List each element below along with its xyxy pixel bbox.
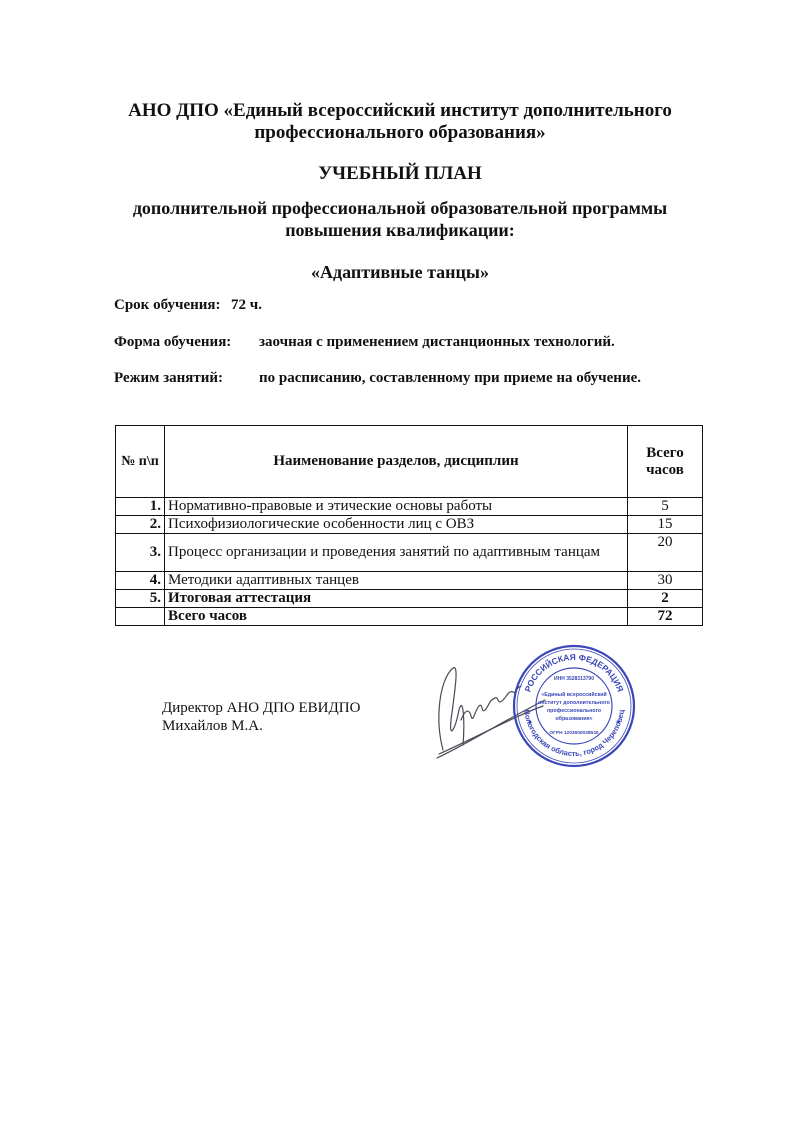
info-value: 72 ч. xyxy=(231,297,262,314)
org-name-line1: АНО ДПО «Единый всероссийский институт д… xyxy=(0,100,800,122)
svg-text:образования»: образования» xyxy=(555,715,592,722)
total-number xyxy=(116,608,165,626)
total-hours: 72 xyxy=(628,608,703,626)
svg-text:«Единый всероссийский: «Единый всероссийский xyxy=(541,691,606,698)
row-number: 2. xyxy=(116,516,165,534)
column-header-hours: Всего часов xyxy=(628,426,703,498)
signatory-name: Михайлов М.А. xyxy=(162,717,360,735)
svg-text:ОГРН 1203500028530: ОГРН 1203500028530 xyxy=(549,730,598,736)
column-header-number: № п\п xyxy=(116,426,165,498)
column-header-name: Наименование разделов, дисциплин xyxy=(165,426,628,498)
row-name: Психофизиологические особенности лиц с О… xyxy=(165,516,628,534)
svg-text:профессионального: профессионального xyxy=(547,707,602,714)
org-name: АНО ДПО «Единый всероссийский институт д… xyxy=(0,100,800,144)
info-label: Форма обучения: xyxy=(114,334,231,351)
info-label: Режим занятий: xyxy=(114,370,223,387)
row-name: Методики адаптивных танцев xyxy=(165,572,628,590)
row-hours: 2 xyxy=(628,590,703,608)
row-hours: 30 xyxy=(628,572,703,590)
row-name: Итоговая аттестация xyxy=(165,590,628,608)
subtitle-line2: повышения квалификации: xyxy=(0,219,800,241)
row-hours: 20 xyxy=(628,534,703,572)
signatory-position: Директор АНО ДПО ЕВИДПО xyxy=(162,699,360,717)
row-number: 4. xyxy=(116,572,165,590)
row-hours: 5 xyxy=(628,498,703,516)
row-hours: 15 xyxy=(628,516,703,534)
table-row: 1. Нормативно-правовые и этические основ… xyxy=(116,498,703,516)
row-number: 5. xyxy=(116,590,165,608)
svg-text:ИНН 3528313790: ИНН 3528313790 xyxy=(554,676,594,682)
info-value: заочная с применением дистанционных техн… xyxy=(259,334,615,351)
signatory: Директор АНО ДПО ЕВИДПО Михайлов М.А. xyxy=(162,699,360,735)
org-name-line2: профессионального образования» xyxy=(0,122,800,144)
row-name: Нормативно-правовые и этические основы р… xyxy=(165,498,628,516)
svg-text:институт дополнительного: институт дополнительного xyxy=(538,700,611,706)
total-label: Всего часов xyxy=(165,608,628,626)
row-name: Процесс организации и проведения занятий… xyxy=(165,534,628,572)
info-value: по расписанию, составленному при приеме … xyxy=(259,370,641,387)
table-total-row: Всего часов 72 xyxy=(116,608,703,626)
table-row: 3. Процесс организации и проведения заня… xyxy=(116,534,703,572)
table-header: № п\п Наименование разделов, дисциплин В… xyxy=(116,426,703,498)
document-title: УЧЕБНЫЙ ПЛАН xyxy=(0,163,800,185)
info-label: Срок обучения: xyxy=(114,297,221,314)
curriculum-table: № п\п Наименование разделов, дисциплин В… xyxy=(115,425,703,626)
table-row: 5. Итоговая аттестация 2 xyxy=(116,590,703,608)
row-number: 3. xyxy=(116,534,165,572)
program-subtitle: дополнительной профессиональной образова… xyxy=(0,197,800,241)
row-number: 1. xyxy=(116,498,165,516)
subtitle-line1: дополнительной профессиональной образова… xyxy=(0,197,800,219)
official-stamp-icon: РОССИЙСКАЯ ФЕДЕРАЦИЯ Вологодская область… xyxy=(510,642,638,770)
program-name: «Адаптивные танцы» xyxy=(0,261,800,283)
table-row: 4. Методики адаптивных танцев 30 xyxy=(116,572,703,590)
table-row: 2. Психофизиологические особенности лиц … xyxy=(116,516,703,534)
